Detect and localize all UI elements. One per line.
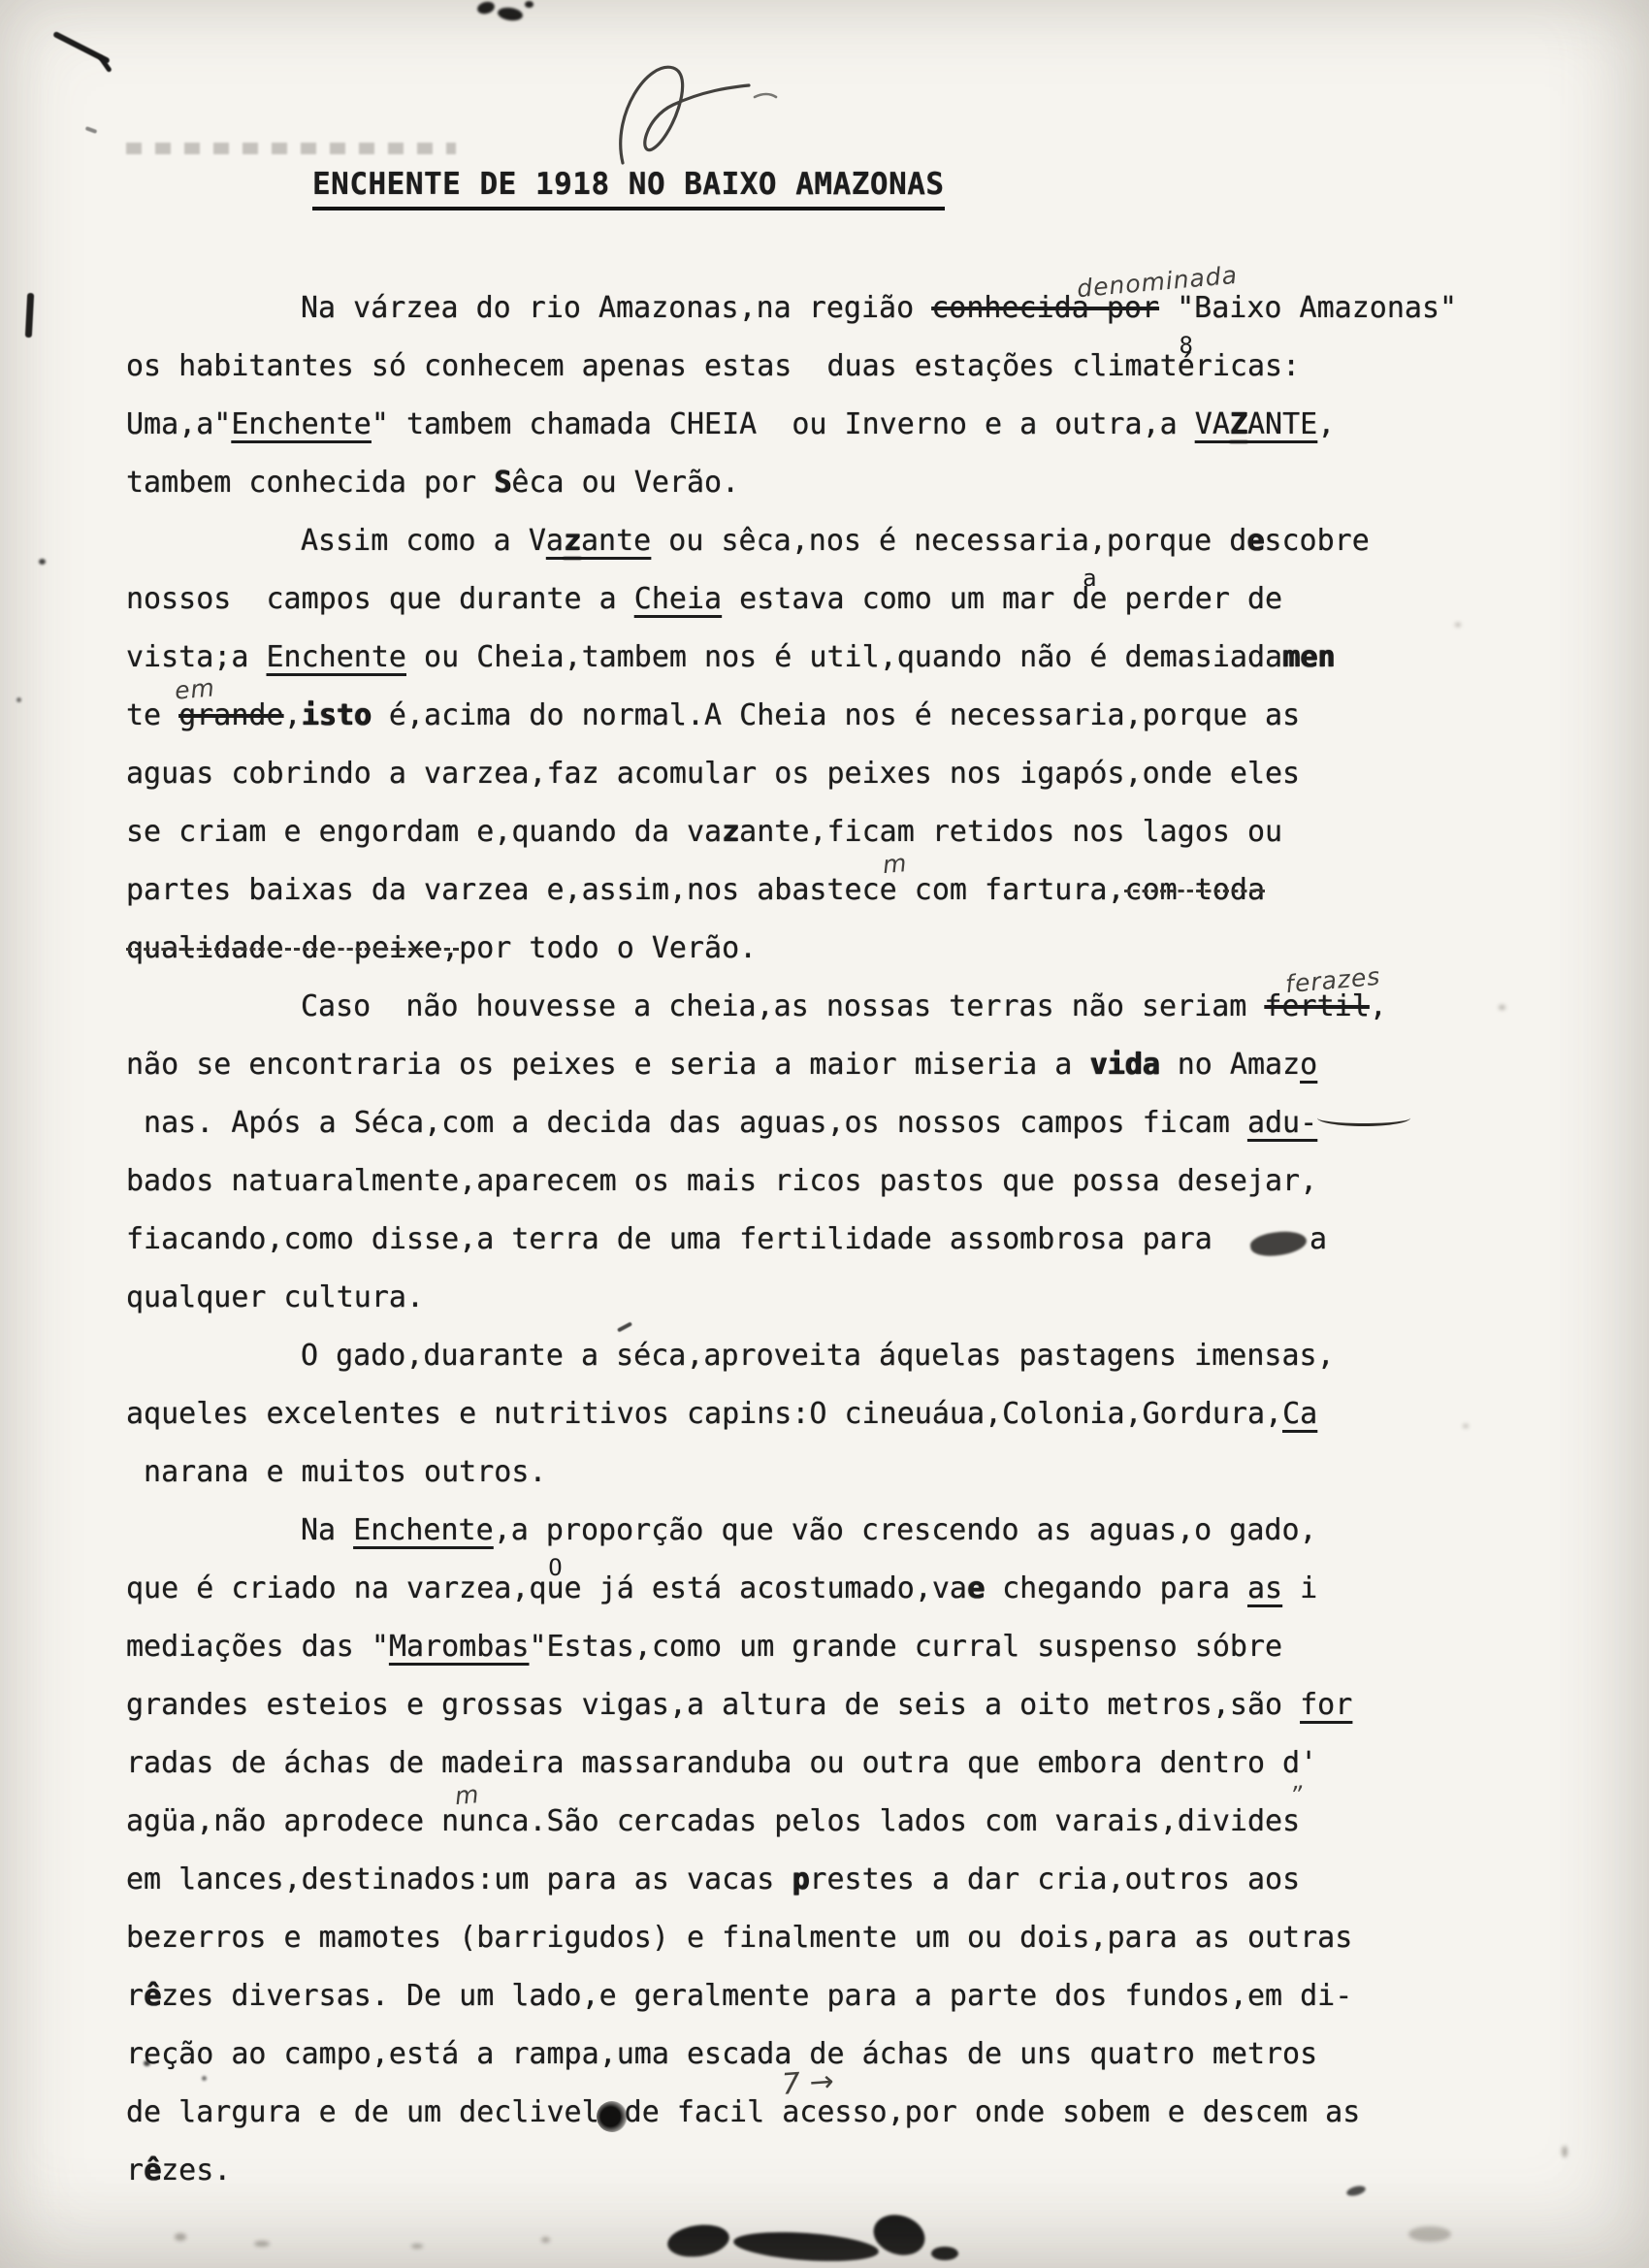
- document-line: mediações das "Marombas"Estas,como um gr…: [126, 1618, 1523, 1676]
- ink-smudge: [126, 143, 456, 154]
- typed-text: V: [529, 524, 546, 558]
- typed-text: isto: [302, 698, 372, 732]
- ink-smudge: [254, 2241, 270, 2247]
- typed-text: tambem conhecida por: [126, 466, 494, 500]
- handwritten-mark: 7 →: [781, 2064, 835, 2102]
- typed-text: Uma,a": [126, 407, 231, 441]
- typed-text: nuncam: [441, 1804, 529, 1838]
- typed-text: partes baixas da varzea e,assim,nos abas…: [126, 873, 897, 907]
- typed-text: radas de áchas de madeira massaranduba o…: [126, 1746, 1317, 1780]
- typed-text: nossos campos que durante a: [126, 582, 634, 616]
- typed-text: a: [1309, 1222, 1327, 1256]
- ink-smudge: [931, 2247, 958, 2260]
- typed-text: scobre: [1264, 524, 1369, 558]
- typed-text: estava como um mar: [722, 582, 1072, 616]
- typed-text: "Baixo Amazonas": [1159, 291, 1457, 325]
- document-line: radas de áchas de madeira massaranduba o…: [126, 1734, 1523, 1793]
- typed-text: S: [494, 466, 511, 500]
- typed-text: vista;a: [126, 640, 267, 674]
- document-line: partes baixas da varzea e,assim,nos abas…: [126, 861, 1523, 920]
- typed-text: ante,ficam retidos nos lagos ou: [739, 815, 1282, 849]
- blot-mark: [597, 2101, 628, 2132]
- ink-smudge: [144, 2060, 150, 2066]
- document-line: bezerros e mamotes (barrigudos) e finalm…: [126, 1909, 1523, 1967]
- typed-text: que é criado na varzea,: [126, 1571, 529, 1605]
- typed-text: adu-: [1247, 1106, 1317, 1140]
- ink-smudge: [476, 0, 496, 16]
- typed-text: dea: [1072, 582, 1107, 616]
- ink-smudge: [1463, 1424, 1469, 1428]
- overtyped-character: a: [1083, 565, 1096, 592]
- typed-text: é8: [1178, 349, 1195, 383]
- document-line: vista;a Enchente ou Cheia,tambem nos é u…: [126, 629, 1523, 687]
- typed-text: por todo o Verão.: [459, 931, 757, 965]
- typed-text: Caso não houvesse a cheia,as nossas terr…: [301, 989, 1264, 1023]
- ink-smudge: [541, 2237, 550, 2243]
- document-line: se criam e engordam e,quando da vazante,…: [126, 803, 1523, 861]
- document-line: O gado,duarante a séca,aproveita áquelas…: [126, 1327, 1523, 1385]
- typed-text: já está acostumado,va: [582, 1571, 967, 1605]
- ink-smudge: [16, 697, 21, 702]
- typed-text: conhecida pordenominada: [931, 291, 1159, 325]
- document-line: que é criado na varzea,queO já está acos…: [126, 1560, 1523, 1618]
- pen-stroke: [85, 126, 98, 134]
- document-line: Caso não houvesse a cheia,as nossas terr…: [126, 978, 1523, 1036]
- typed-text: men: [1282, 640, 1335, 674]
- typed-text: restes a dar cria,outros aos: [809, 1863, 1300, 1896]
- typed-text: bezerros e mamotes (barrigudos) e finalm…: [126, 1921, 1352, 1955]
- document-line: em lances,destinados:um para as vacas pr…: [126, 1851, 1523, 1909]
- document-line: nas. Após a Séca,com a decida das aguas,…: [126, 1094, 1523, 1152]
- typed-text: grandes esteios e grossas vigas,a altura…: [126, 1688, 1300, 1722]
- typed-text: Ca: [1282, 1397, 1317, 1431]
- typed-text: chegando para: [985, 1571, 1247, 1605]
- document-line: aguas cobrindo a varzea,faz acomular os …: [126, 745, 1523, 803]
- typed-text: de facil acesso,por onde sobem e descem …: [625, 2095, 1361, 2129]
- typed-text: perder de: [1107, 582, 1282, 616]
- typed-text: mediações das ": [126, 1630, 389, 1664]
- document-line: aqueles excelentes e nutritivos capins:O…: [126, 1385, 1523, 1443]
- typed-text: de largura e de um declivel: [126, 2095, 599, 2129]
- document-line: Na várzea do rio Amazonas,na região conh…: [126, 279, 1523, 338]
- typed-text: em lances,destinados:um para as vacas: [126, 1863, 792, 1896]
- typed-text: se criam e engordam e,quando da va: [126, 815, 722, 849]
- typed-text: ,a proporção que vão crescendo as aguas,…: [494, 1513, 1317, 1547]
- typed-text: "Estas,como um grande curral suspenso só…: [529, 1630, 1282, 1664]
- typed-text: r: [126, 1979, 144, 2013]
- typed-text: p: [792, 1863, 809, 1896]
- typed-text: aguas cobrindo a varzea,faz acomular os …: [126, 757, 1300, 791]
- ink-smudge: [732, 2228, 880, 2265]
- scribble-mark: [1248, 1227, 1308, 1259]
- typed-text: é,acima do normal.A Cheia nos é necessar…: [372, 698, 1300, 732]
- typed-text: ,: [284, 698, 302, 732]
- typed-text: qualidade de peixe,: [126, 931, 459, 965]
- typed-text: i: [1282, 1571, 1317, 1605]
- typed-text: ou Cheia,tambem nos é util,quando não é …: [406, 640, 1282, 674]
- typed-text: Marombas: [389, 1630, 530, 1664]
- typed-text: fertilferazes: [1264, 989, 1369, 1023]
- document-line: não se encontraria os peixes e seria a m…: [126, 1036, 1523, 1094]
- pen-stroke: [25, 293, 34, 338]
- typed-text: com fartura,: [897, 873, 1125, 907]
- typed-text: não se encontraria os peixes e seria a m…: [126, 1048, 1089, 1082]
- document-line: Uma,a"Enchente" tambem chamada CHEIA ou …: [126, 396, 1523, 454]
- ink-smudge: [1499, 1005, 1505, 1010]
- document-line: te grandeem,isto é,acima do normal.A Che…: [126, 687, 1523, 745]
- ink-smudge: [1455, 623, 1461, 627]
- typed-text: qualquer cultura.: [126, 1280, 424, 1314]
- typed-text: Assim como a: [301, 524, 529, 558]
- typed-text: ANTE: [1247, 407, 1317, 441]
- typed-text: ê: [144, 2154, 161, 2187]
- typed-text: Na várzea do rio Amazonas,na região: [301, 291, 931, 325]
- document-line: Na Enchente,a proporção que vão crescend…: [126, 1502, 1523, 1560]
- document-line: bados natuaralmente,aparecem os mais ric…: [126, 1152, 1523, 1211]
- ink-smudge: [175, 2233, 186, 2241]
- typed-text: grandeem: [178, 698, 283, 732]
- typed-text: zes.: [161, 2154, 231, 2187]
- document-line: os habitantes só conhecem apenas estas d…: [126, 338, 1523, 396]
- ink-smudge: [39, 559, 46, 565]
- typed-text: e: [1246, 524, 1264, 558]
- typed-text: Enchente: [353, 1513, 494, 1547]
- typed-text: " tambem chamada CHEIA ou Inverno e a ou…: [372, 407, 1195, 441]
- typed-text: .São cercadas pelos lados com varais,div…: [529, 1804, 1282, 1838]
- ink-smudge: [411, 2244, 423, 2249]
- typed-text: z: [722, 815, 739, 849]
- typed-text: aqueles excelentes e nutritivos capins:O…: [126, 1397, 1282, 1431]
- typed-text: Z: [1230, 407, 1247, 441]
- typed-text: Cheia: [634, 582, 722, 616]
- typed-text: queO: [529, 1571, 581, 1605]
- handwritten-annotation: ”: [1289, 1780, 1305, 1809]
- typed-text: VA: [1195, 407, 1230, 441]
- typed-text: O gado,duarante a séca,aproveita áquelas…: [301, 1339, 1335, 1373]
- typed-text: zes diversas. De um lado,e geralmente pa…: [161, 1979, 1352, 2013]
- ink-smudge: [1562, 2146, 1568, 2157]
- typed-text: reção ao campo,está a rampa,uma escada d…: [126, 2037, 1317, 2071]
- overtyped-character: O: [548, 1554, 562, 1581]
- document-body: Na várzea do rio Amazonas,na região conh…: [126, 279, 1523, 2200]
- wavy-mark: [1317, 1110, 1410, 1126]
- document-line: rêzes.: [126, 2142, 1523, 2200]
- typed-text: ricas:: [1195, 349, 1300, 383]
- ink-smudge: [202, 2076, 207, 2081]
- typed-text: s”: [1282, 1804, 1300, 1838]
- ink-smudge: [525, 1, 533, 8]
- typed-text: r: [126, 2154, 144, 2187]
- typed-text: Na: [301, 1513, 353, 1547]
- scanned-document-page: ENCHENTE DE 1918 NO BAIXO AMAZONAS Na vá…: [0, 0, 1649, 2268]
- typed-text: ,: [1370, 989, 1387, 1023]
- handwritten-annotation: m: [454, 1780, 481, 1810]
- handwritten-flourish-icon: [601, 54, 795, 180]
- typed-text: z: [564, 524, 581, 558]
- typed-text: êca ou Verão.: [511, 466, 739, 500]
- typed-text: ,: [1317, 407, 1335, 441]
- typed-text: ê: [144, 1979, 161, 2013]
- typed-text: Enchente: [231, 407, 372, 441]
- ink-smudge: [1408, 2226, 1451, 2242]
- typed-text: vida: [1089, 1048, 1159, 1082]
- typed-text: as: [1247, 1571, 1282, 1605]
- handwritten-annotation: em: [174, 673, 216, 705]
- document-line: narana e muitos outros.: [126, 1443, 1523, 1502]
- typed-text: os habitantes só conhecem apenas estas d…: [126, 349, 1178, 383]
- typed-text: no Amaz: [1160, 1048, 1301, 1082]
- document-line: nossos campos que durante a Cheia estava…: [126, 570, 1523, 629]
- document-line: qualquer cultura.: [126, 1269, 1523, 1327]
- typed-text: narana e muitos outros.: [126, 1455, 546, 1489]
- overtyped-character: 8: [1180, 332, 1193, 359]
- document-line: agüa,não aprodece nuncam.São cercadas pe…: [126, 1793, 1523, 1851]
- typed-text: nas. Após a Séca,com a decida das aguas,…: [126, 1106, 1247, 1140]
- document-line: Assim como a Vazante ou sêca,nos é neces…: [126, 512, 1523, 570]
- typed-text: a: [546, 524, 564, 558]
- document-line: fiacando,como disse,a terra de uma ferti…: [126, 1211, 1523, 1269]
- ink-smudge: [665, 2221, 731, 2261]
- typed-text: e: [967, 1571, 985, 1605]
- typed-text: com toda: [1125, 873, 1266, 907]
- typed-text: ou sêca,nos é necessaria,porque d: [651, 524, 1246, 558]
- document-line: tambem conhecida por Sêca ou Verão.: [126, 454, 1523, 512]
- typed-text: fiacando,como disse,a terra de uma ferti…: [126, 1222, 1247, 1256]
- typed-text: Enchente: [267, 640, 407, 674]
- typed-text: o: [1300, 1048, 1317, 1082]
- typed-text: agüa,não aprodece: [126, 1804, 441, 1838]
- typed-text: ante: [581, 524, 651, 558]
- document-line: rêzes diversas. De um lado,e geralmente …: [126, 1967, 1523, 2025]
- ink-smudge: [497, 6, 524, 21]
- typed-text: for: [1300, 1688, 1352, 1722]
- typed-text: te: [126, 698, 178, 732]
- document-line: grandes esteios e grossas vigas,a altura…: [126, 1676, 1523, 1734]
- typed-text: bados natuaralmente,aparecem os mais ric…: [126, 1164, 1317, 1198]
